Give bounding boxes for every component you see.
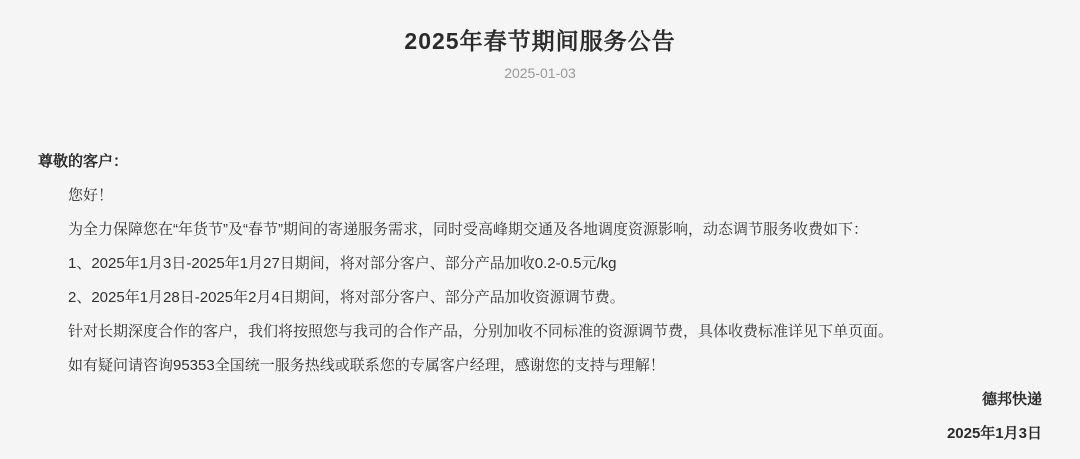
page-title: 2025年春节期间服务公告 — [0, 26, 1080, 56]
notice-header: 2025年春节期间服务公告 2025-01-03 — [0, 0, 1080, 83]
notice-body: 尊敬的客户： 您好！ 为全力保障您在“年货节”及“春节”期间的寄递服务需求，同时… — [0, 145, 1080, 451]
signature-company: 德邦快递 — [38, 383, 1042, 417]
service-notice-page: 2025年春节期间服务公告 2025-01-03 尊敬的客户： 您好！ 为全力保… — [0, 0, 1080, 459]
paragraph-longterm-customers: 针对长期深度合作的客户，我们将按照您与我司的合作产品，分别加收不同标准的资源调节… — [38, 315, 1042, 349]
signature-block: 德邦快递 2025年1月3日 — [38, 383, 1042, 451]
paragraph-rule-2: 2、2025年1月28日-2025年2月4日期间，将对部分客户、部分产品加收资源… — [38, 281, 1042, 315]
publish-date: 2025-01-03 — [0, 63, 1080, 83]
paragraph-greeting: 您好！ — [38, 179, 1042, 213]
paragraph-intro: 为全力保障您在“年货节”及“春节”期间的寄递服务需求，同时受高峰期交通及各地调度… — [38, 213, 1042, 247]
paragraph-rule-1: 1、2025年1月3日-2025年1月27日期间，将对部分客户、部分产品加收0.… — [38, 247, 1042, 281]
salutation: 尊敬的客户： — [38, 145, 1042, 179]
signature-date: 2025年1月3日 — [38, 417, 1042, 451]
paragraph-contact: 如有疑问请咨询95353全国统一服务热线或联系您的专属客户经理，感谢您的支持与理… — [38, 349, 1042, 383]
